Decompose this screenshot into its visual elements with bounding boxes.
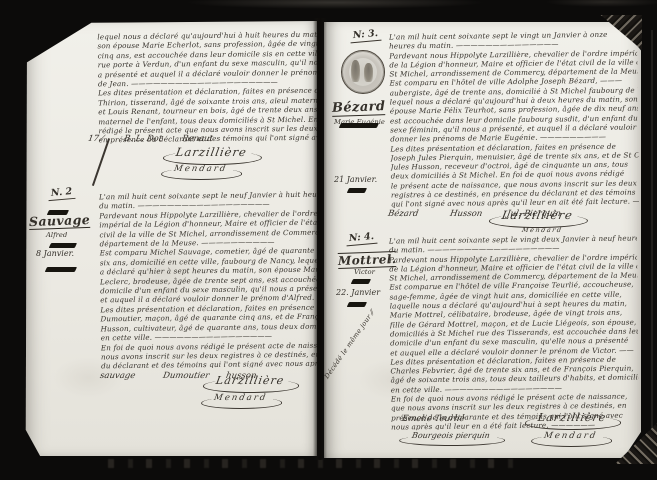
handwriting-line: du déclarant et des témoins qui l'ont si… (101, 359, 321, 369)
margin-death-note: Décédé le même jour ⁄⁄ (323, 309, 376, 381)
signature: Bézard (387, 209, 419, 219)
margin-firstname: Alfred (46, 231, 67, 239)
margin-date: 21 Janvier. (334, 175, 377, 184)
mayor-signature: Larzillière (502, 208, 573, 222)
act-4-signature-row: Emelie Teurlié (402, 414, 465, 424)
act-4-body: L'an mil huit cent soixante sept le ving… (389, 233, 639, 430)
signature: Mendard (173, 164, 228, 174)
scan-edge-line (651, 30, 653, 450)
signature: B. L. Dot (123, 134, 163, 144)
signature: sauvage (99, 371, 136, 381)
act-3-body: L'an mil huit cent soixante sept le ving… (389, 29, 639, 209)
signature: Larzillière (501, 208, 574, 222)
imperial-seal (341, 50, 385, 94)
register-left-page: lequel nous a déclaré qu'aujourd'hui à h… (24, 21, 317, 456)
margin-ink-bar (347, 302, 367, 307)
signature: Dumoutier (162, 371, 210, 381)
signature: Renaut (181, 134, 214, 144)
scan-speckle-strip (95, 459, 525, 468)
scan-light-streak (545, 0, 657, 7)
secretary-signature: Mendard (522, 226, 563, 234)
margin-ink-bar (45, 267, 77, 272)
margin-ink-bar (339, 123, 379, 128)
act-2-body: L'an mil huit cent soixante sept le neuf… (99, 190, 321, 370)
margin-ink-bar (351, 279, 371, 284)
margin-surname: Mottrel. (338, 251, 397, 269)
microfilm-scan: lequel nous a déclaré qu'aujourd'hui à h… (0, 0, 657, 480)
signature: Mendard (521, 226, 563, 234)
secretary-signature: Mendard (544, 431, 597, 441)
margin-firstname: Victor (354, 268, 375, 276)
margin-date: 8 Janvier. (36, 249, 74, 258)
mayor-signature: Larzillière (538, 411, 606, 424)
signature: Bourgeois pierquin (411, 431, 490, 440)
signature: Husson (449, 209, 483, 219)
margin-date: 22. Janvier (336, 288, 380, 297)
register-right-page: N: 3. Bézard Marie Eugénie 21 Janvier. L… (324, 22, 641, 458)
secretary-signature: Mendard (214, 393, 267, 403)
act-4-signature-row: Bourgeois pierquin (412, 431, 490, 440)
signature: Larzillière (215, 374, 286, 387)
act-previous-signature-row: 17 ⁄ B. L. Dot Renaut (88, 134, 213, 144)
scan-light-streak (185, 0, 485, 9)
signature: Mendard (213, 393, 268, 403)
signature: Mendard (543, 431, 598, 441)
signature: Larzillière (175, 145, 248, 159)
secretary-signature: Mendard (174, 164, 227, 174)
margin-ink-bar (347, 188, 367, 193)
book-gutter-shadow (313, 18, 327, 460)
mayor-signature: Larzillière (176, 145, 247, 159)
signature: Larzillière (537, 411, 608, 424)
act-number-margin: N: 3. (349, 28, 381, 44)
mayor-signature: Larzillière (216, 374, 284, 387)
signature: Emelie Teurlié (401, 414, 465, 424)
act-number-margin: N: 4. (345, 231, 377, 247)
act-number-margin: N. 2 (47, 186, 75, 201)
margin-surname: Sauvage (29, 212, 91, 230)
act-previous-body: lequel nous a déclaré qu'aujourd'hui à h… (97, 30, 320, 149)
margin-ink-bar (49, 243, 77, 248)
signature-date-mark: 17 ⁄ (87, 134, 104, 144)
